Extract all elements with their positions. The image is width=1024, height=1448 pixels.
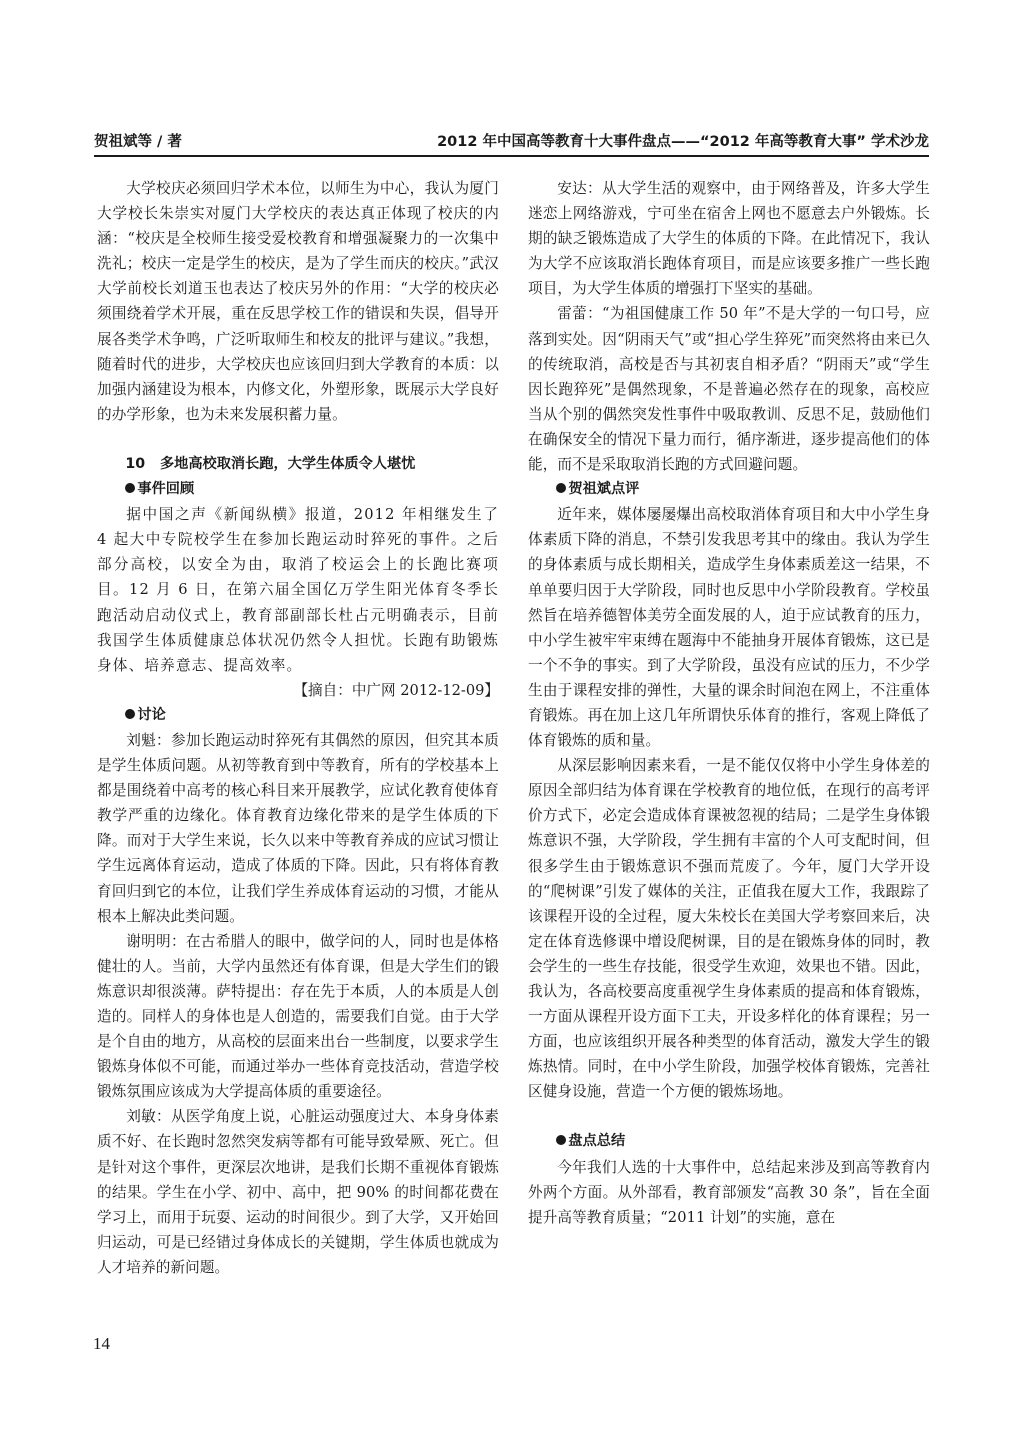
section-heading: 10 多地高校取消长跑，大学生体质令人堪忧 xyxy=(97,452,499,477)
discussion-heading: 讨论 xyxy=(97,703,499,728)
bullet-icon xyxy=(125,709,135,719)
section-number: 10 xyxy=(125,456,145,472)
discussion-paragraph: 安达：从大学生活的观察中，由于网络普及，许多大学生迷恋上网络游戏，宁可坐在宿舍上… xyxy=(528,176,930,301)
right-column: 安达：从大学生活的观察中，由于网络普及，许多大学生迷恋上网络游戏，宁可坐在宿舍上… xyxy=(528,176,930,1230)
commentary-paragraph: 近年来，媒体屡屡爆出高校取消体育项目和大中小学生身体素质下降的消息，不禁引发我思… xyxy=(528,502,930,753)
discussion-paragraph: 刘魁：参加长跑运动时猝死有其偶然的原因，但究其本质是学生体质问题。从初等教育到中… xyxy=(97,728,499,929)
spacer xyxy=(528,1104,930,1129)
commentary-heading: 贺祖斌点评 xyxy=(528,477,930,502)
bullet-icon xyxy=(125,483,135,493)
spacer xyxy=(97,427,499,452)
summary-heading: 盘点总结 xyxy=(528,1129,930,1154)
discussion-paragraph: 雷蕾：“为祖国健康工作 50 年”不是大学的一句口号，应落到实处。因“阴雨天气”… xyxy=(528,301,930,477)
header-title: 2012 年中国高等教育十大事件盘点——“2012 年高等教育大事” 学术沙龙 xyxy=(437,130,929,151)
intro-paragraph: 大学校庆必须回归学术本位，以师生为中心，我认为厦门大学校长朱崇实对厦门大学校庆的… xyxy=(97,176,499,427)
event-review-heading: 事件回顾 xyxy=(97,477,499,502)
header-rule xyxy=(94,155,929,157)
bullet-icon xyxy=(556,483,566,493)
left-column: 大学校庆必须回归学术本位，以师生为中心，我认为厦门大学校长朱崇实对厦门大学校庆的… xyxy=(97,176,499,1280)
event-review-text: 据中国之声《新闻纵横》报道，2012 年相继发生了 4 起大中专院校学生在参加长… xyxy=(97,502,499,678)
section-title: 多地高校取消长跑，大学生体质令人堪忧 xyxy=(160,456,415,472)
discussion-paragraph: 刘敏：从医学角度上说，心脏运动强度过大、本身身体素质不好、在长跑时忽然突发病等都… xyxy=(97,1104,499,1280)
discussion-paragraph: 谢明明：在古希腊人的眼中，做学问的人，同时也是体格健壮的人。当前，大学内虽然还有… xyxy=(97,929,499,1105)
running-header: 贺祖斌等 / 著 2012 年中国高等教育十大事件盘点——“2012 年高等教育… xyxy=(94,130,929,154)
source-note: 【摘自：中广网 2012-12-09】 xyxy=(97,678,499,703)
summary-paragraph: 今年我们人选的十大事件中，总结起来涉及到高等教育内外两个方面。从外部看，教育部颁… xyxy=(528,1155,930,1230)
page-number: 14 xyxy=(93,1334,110,1354)
bullet-icon xyxy=(556,1135,566,1145)
commentary-paragraph: 从深层影响因素来看，一是不能仅仅将中小学生身体差的原因全部归结为体育课在学校教育… xyxy=(528,753,930,1104)
header-author: 贺祖斌等 / 著 xyxy=(94,130,182,151)
